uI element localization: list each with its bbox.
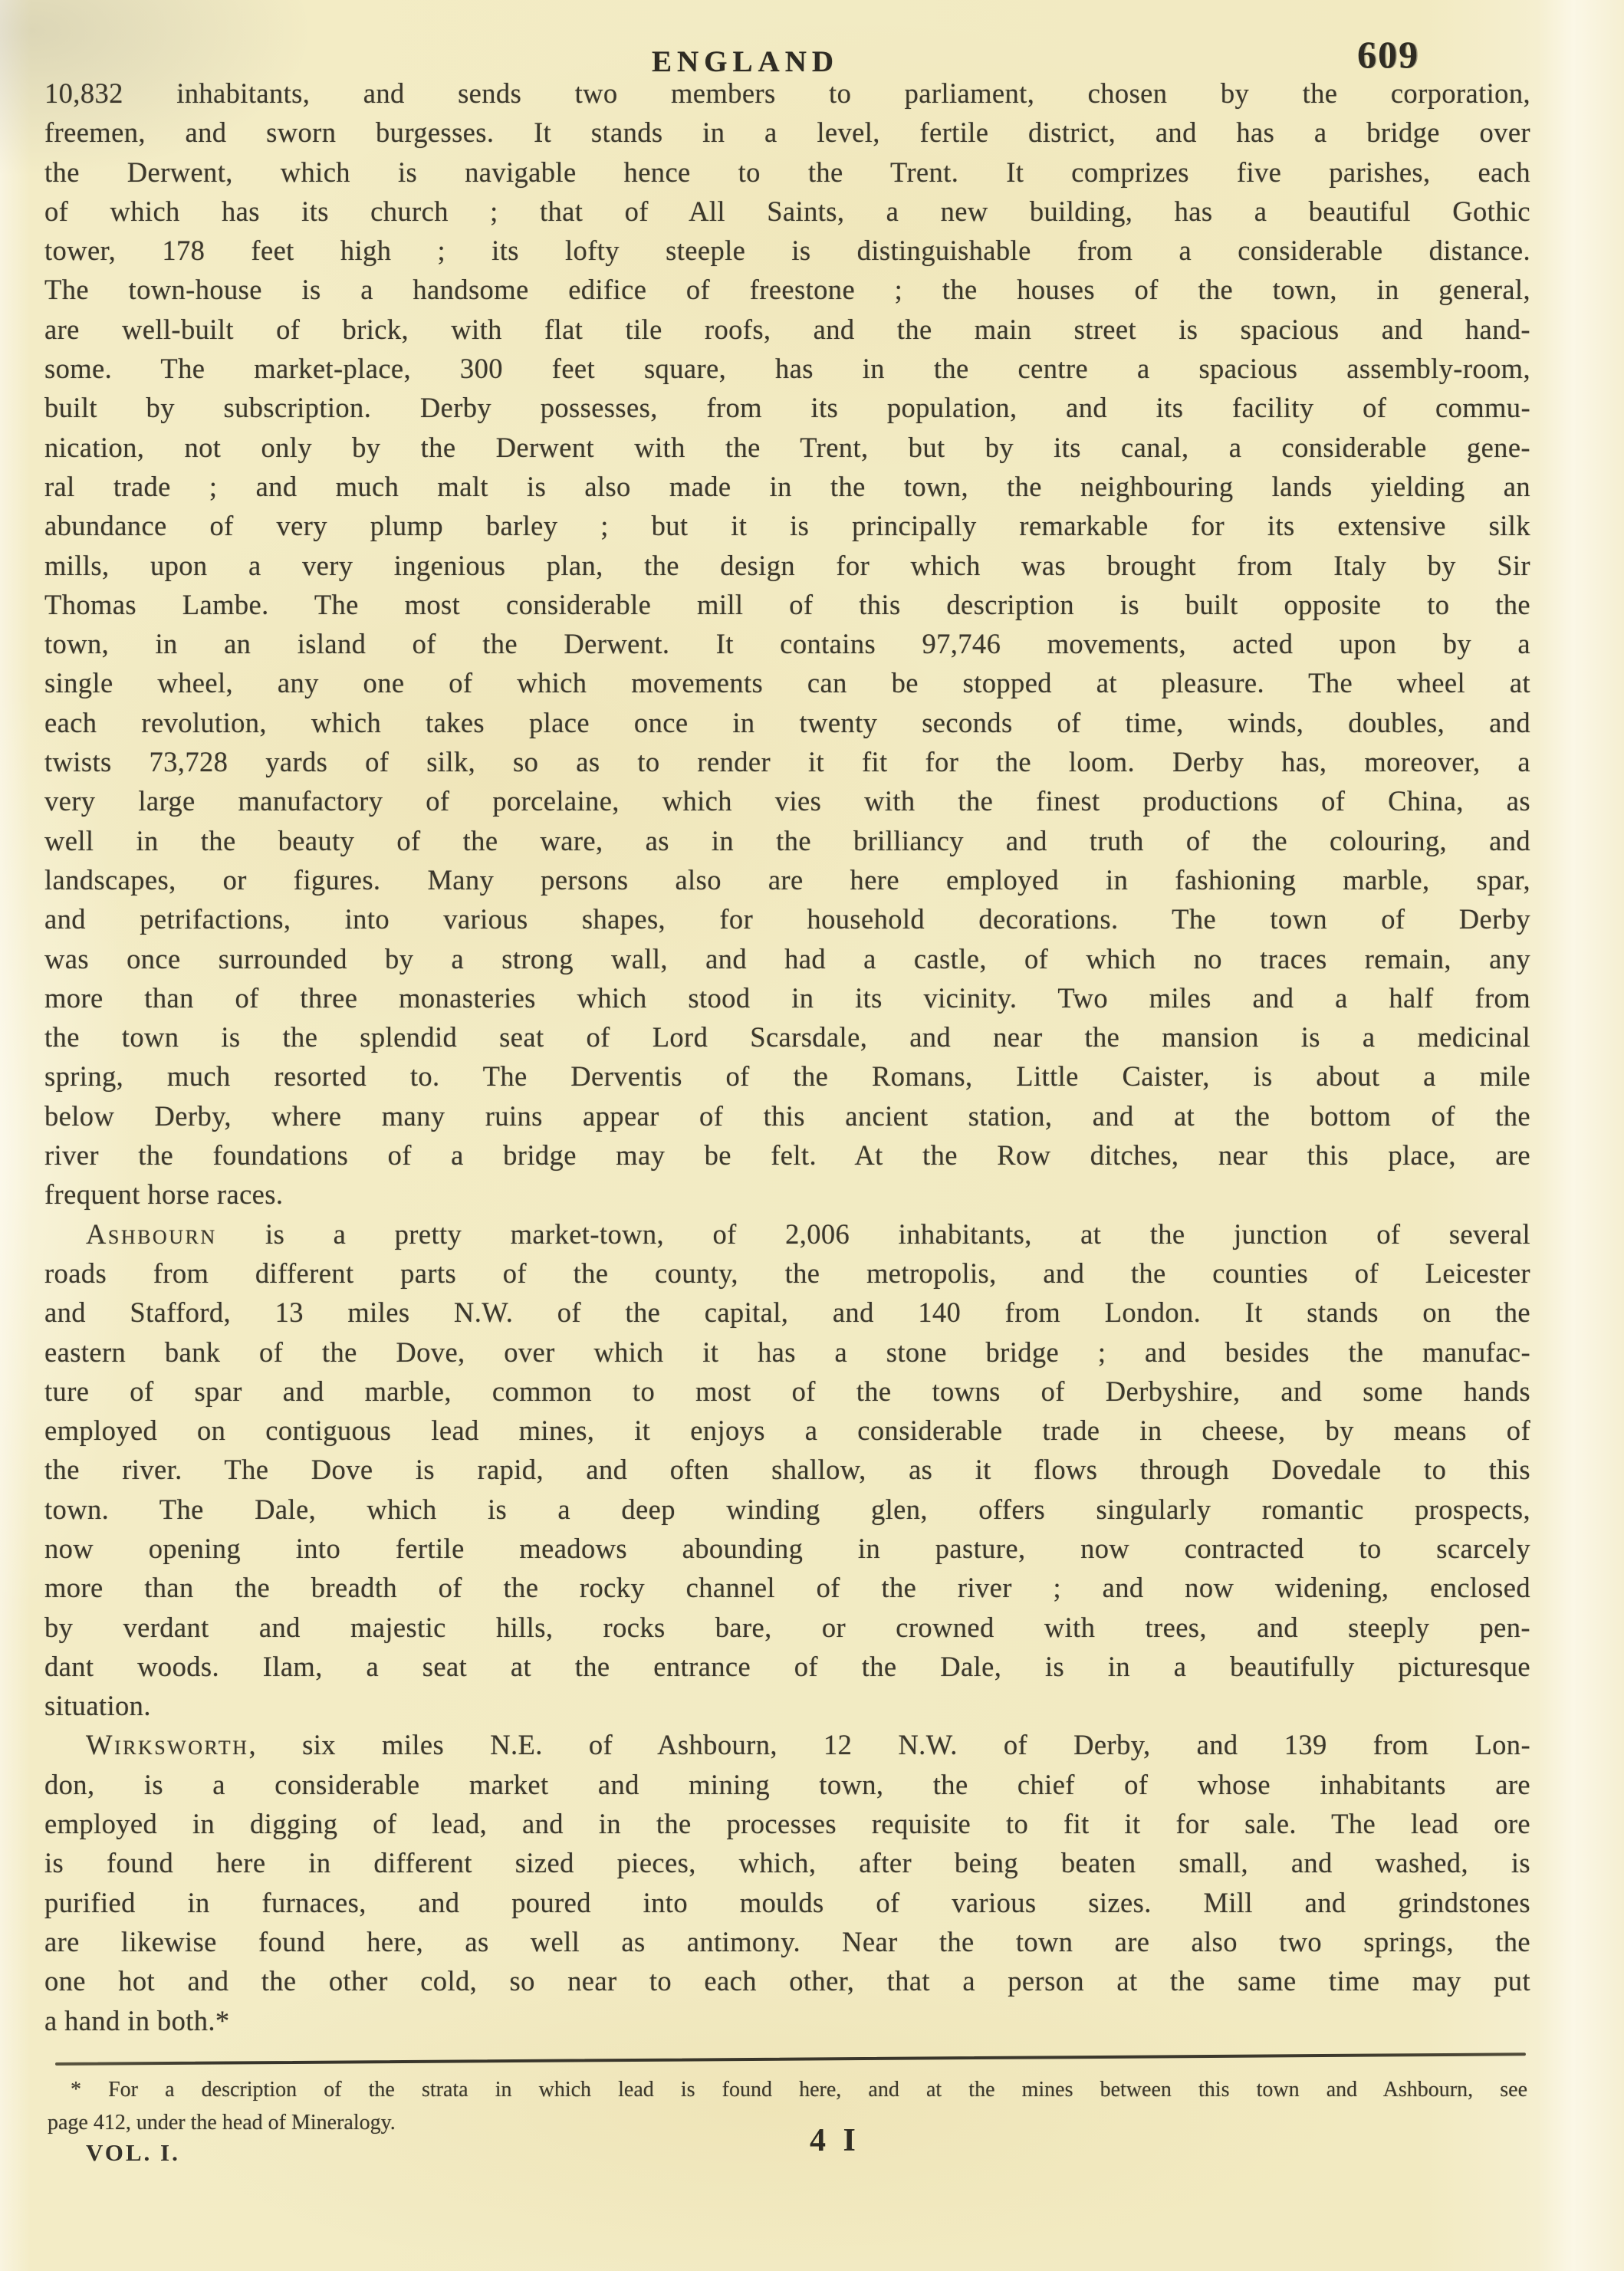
text-line: the town is the splendid seat of Lord Sc… <box>44 1017 1530 1057</box>
text-line: river the foundations of a bridge may be… <box>44 1135 1530 1175</box>
text-line: Wirksworth, six miles N.E. of Ashbourn, … <box>44 1725 1530 1764</box>
text-line: more than of three monasteries which sto… <box>44 978 1530 1017</box>
text-line: by verdant and majestic hills, rocks bar… <box>44 1608 1530 1647</box>
text-line: tower, 178 feet high ; its lofty steeple… <box>44 231 1530 270</box>
text-line: single wheel, any one of which movements… <box>44 663 1530 702</box>
text-line: below Derby, where many ruins appear of … <box>44 1096 1530 1135</box>
footnote-divider-rule <box>55 2052 1526 2066</box>
text-block: 10,832 inhabitants, and sends two member… <box>44 74 1530 2040</box>
text-line: and Stafford, 13 miles N.W. of the capit… <box>44 1293 1530 1332</box>
text-line: very large manufactory of porcelaine, wh… <box>44 781 1530 820</box>
text-line: employed in digging of lead, and in the … <box>44 1804 1530 1843</box>
text-line: don, is a considerable market and mining… <box>44 1765 1530 1804</box>
text-line: a hand in both.* <box>44 2001 1530 2040</box>
text-line: mills, upon a very ingenious plan, the d… <box>44 546 1530 585</box>
text-line: well in the beauty of the ware, as in th… <box>44 821 1530 860</box>
signature-mark: 4 I <box>810 2122 860 2159</box>
text-line: are likewise found here, as well as anti… <box>44 1922 1530 1961</box>
volume-label: VOL. I. <box>86 2139 180 2167</box>
text-line: twists 73,728 yards of silk, so as to re… <box>44 742 1530 781</box>
text-line: abundance of very plump barley ; but it … <box>44 506 1530 545</box>
text-line: was once surrounded by a strong wall, an… <box>44 939 1530 978</box>
text-line: ral trade ; and much malt is also made i… <box>44 467 1530 506</box>
text-line: the Derwent, which is navigable hence to… <box>44 153 1530 192</box>
text-line: landscapes, or figures. Many persons als… <box>44 860 1530 899</box>
paragraph: Ashbourn is a pretty market-town, of 2,0… <box>44 1214 1530 1726</box>
text-line: nication, not only by the Derwent with t… <box>44 428 1530 467</box>
footnote-line: page 412, under the head of Mineralogy. <box>48 2106 1527 2139</box>
text-line: the river. The Dove is rapid, and often … <box>44 1450 1530 1489</box>
page-number: 609 <box>1357 32 1419 77</box>
text-line: spring, much resorted to. The Derventis … <box>44 1057 1530 1096</box>
text-line: is found here in different sized pieces,… <box>44 1843 1530 1882</box>
text-line: town, in an island of the Derwent. It co… <box>44 624 1530 663</box>
smallcaps-town-name: Wirksworth <box>86 1729 248 1760</box>
text-line: more than the breadth of the rocky chann… <box>44 1568 1530 1607</box>
text-line: Thomas Lambe. The most considerable mill… <box>44 585 1530 624</box>
text-line: frequent horse races. <box>44 1175 1530 1214</box>
smallcaps-town-name: Ashbourn <box>86 1218 217 1250</box>
text-line: eastern bank of the Dove, over which it … <box>44 1333 1530 1372</box>
text-line: Ashbourn is a pretty market-town, of 2,0… <box>44 1214 1530 1254</box>
text-line: freemen, and sworn burgesses. It stands … <box>44 113 1530 152</box>
paragraph: Wirksworth, six miles N.E. of Ashbourn, … <box>44 1725 1530 2039</box>
text-line: of which has its church ; that of All Sa… <box>44 192 1530 231</box>
text-line: each revolution, which takes place once … <box>44 703 1530 742</box>
text-line: built by subscription. Derby possesses, … <box>44 388 1530 427</box>
text-line: ture of spar and marble, common to most … <box>44 1372 1530 1411</box>
text-line: and petrifactions, into various shapes, … <box>44 899 1530 938</box>
text-line: one hot and the other cold, so near to e… <box>44 1961 1530 2000</box>
text-line: purified in furnaces, and poured into mo… <box>44 1883 1530 1922</box>
text-line: The town-house is a handsome edifice of … <box>44 270 1530 309</box>
scanned-book-page: ENGLAND 609 10,832 inhabitants, and send… <box>0 0 1624 2271</box>
text-line: employed on contiguous lead mines, it en… <box>44 1411 1530 1450</box>
text-line: dant woods. Ilam, a seat at the entrance… <box>44 1647 1530 1686</box>
text-line: situation. <box>44 1686 1530 1725</box>
footnote-line: * For a description of the strata in whi… <box>48 2073 1527 2106</box>
paragraph: 10,832 inhabitants, and sends two member… <box>44 74 1530 1214</box>
text-line: town. The Dale, which is a deep winding … <box>44 1490 1530 1529</box>
text-line: 10,832 inhabitants, and sends two member… <box>44 74 1530 113</box>
footnote: * For a description of the strata in whi… <box>48 2073 1527 2139</box>
text-line: are well-built of brick, with flat tile … <box>44 310 1530 349</box>
text-line: some. The market-place, 300 feet square,… <box>44 349 1530 388</box>
text-line: now opening into fertile meadows aboundi… <box>44 1529 1530 1568</box>
text-line: roads from different parts of the county… <box>44 1254 1530 1293</box>
